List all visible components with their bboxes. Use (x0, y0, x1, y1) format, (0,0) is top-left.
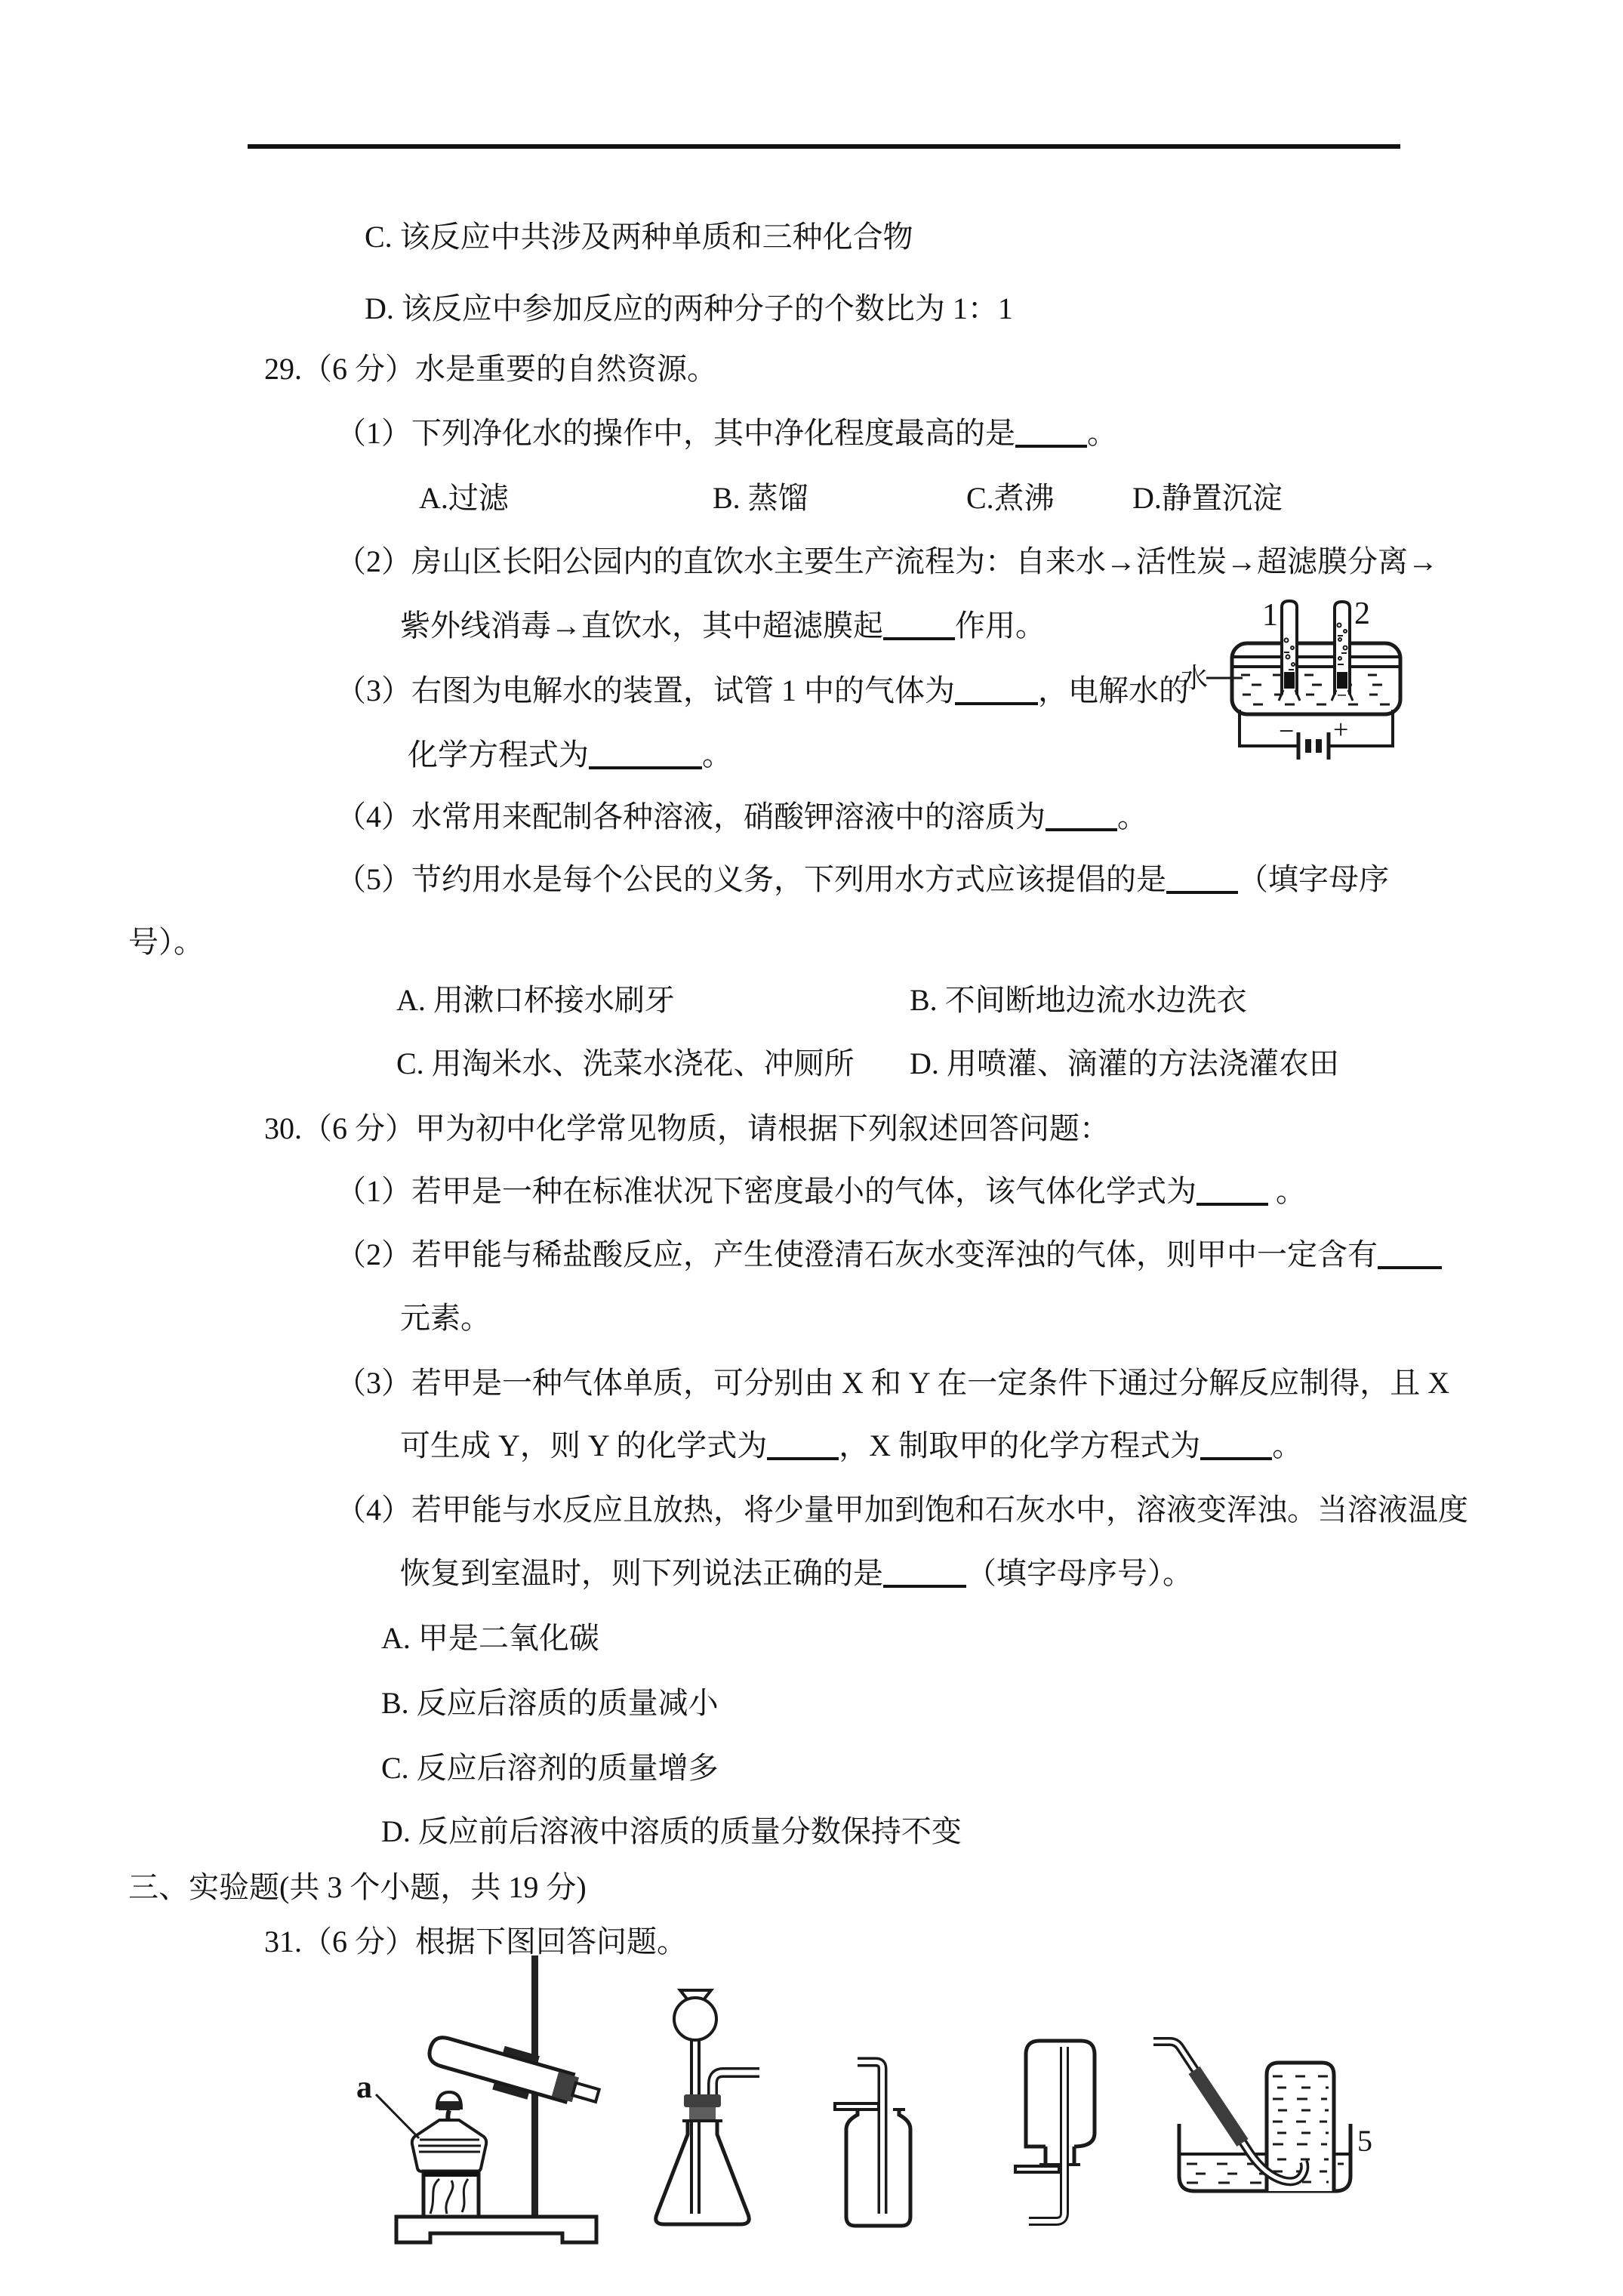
q29-item1-option-d: D.静置沉淀 (1132, 480, 1283, 516)
q30-item2-line2: 元素。 (400, 1300, 491, 1336)
answer-blank[interactable] (1200, 1432, 1272, 1460)
glass-plate-2 (1015, 2166, 1059, 2172)
section3-heading: 三、实验题(共 3 个小题，共 19 分) (128, 1869, 587, 1906)
battery-minus-label: − (1279, 716, 1294, 746)
q29-item2-line2: 紫外线消毒→直饮水，其中超滤膜起作用。 (400, 608, 1046, 644)
answer-blank[interactable] (1378, 1240, 1442, 1269)
q30-option-d: D. 反应前后溶液中溶质的质量分数保持不变 (381, 1814, 962, 1850)
q29-item3-line2: 化学方程式为。 (408, 737, 732, 773)
battery-icon (1240, 710, 1393, 760)
q30-option-b: B. 反应后溶质的质量减小 (381, 1685, 719, 1721)
q30-item2-line1: （2）若甲能与稀盐酸反应，产生使澄清石灰水变浑浊的气体，则甲中一定含有 (336, 1237, 1442, 1273)
q29-item5-line2: 号）。 (128, 924, 204, 960)
test-tube-2 (1332, 602, 1353, 701)
conical-flask (656, 2121, 750, 2224)
q29-item1-option-b: B. 蒸馏 (713, 480, 808, 516)
q29-item5-option-c: C. 用淘米水、洗菜水浇花、冲厕所 (396, 1046, 855, 1082)
q29-item5-option-b: B. 不间断地边流水边洗衣 (910, 982, 1247, 1019)
q29-item1-option-c: C.煮沸 (966, 480, 1055, 516)
tube1-label: 1 (1262, 598, 1278, 633)
q29-item5-option-a: A. 用漱口杯接水刷牙 (396, 982, 675, 1019)
q30-stem: 30.（6 分）甲为初中化学常见物质，请根据下列叙述回答问题： (264, 1111, 1110, 1147)
option-c-prev: C. 该反应中共涉及两种单质和三种化合物 (365, 219, 913, 255)
q30-item4-line2: 恢复到室温时，则下列说法正确的是（填字母序号）。 (400, 1555, 1193, 1592)
answer-blank[interactable] (589, 741, 702, 769)
inner-tube (1029, 2047, 1064, 2221)
electrolysis-diagram: − + 1 2 水 (1178, 589, 1510, 763)
q30-item1: （1）若甲是一种在标准状况下密度最小的气体，该气体化学式为 。 (336, 1173, 1306, 1210)
test-tube-1 (1279, 601, 1300, 701)
label-a-leader (376, 2094, 419, 2138)
water-label: 水 (1181, 663, 1208, 693)
flask-stopper (684, 2094, 721, 2121)
bent-tube (858, 2062, 882, 2214)
answer-blank[interactable] (883, 612, 955, 640)
answer-blank[interactable] (1046, 803, 1117, 831)
q30-item4-line1: （4）若甲能与水反应且放热，将少量甲加到饱和石灰水中，溶液变浑浊。当溶液温度 (336, 1492, 1468, 1528)
page-number: 5 (1357, 2123, 1372, 2159)
alcohol-lamp (412, 2092, 486, 2171)
q29-item2-line1: （2）房山区长阳公园内的直饮水主要生产流程为：自来水→活性炭→超滤膜分离→ (336, 544, 1438, 580)
q29-stem: 29.（6 分）水是重要的自然资源。 (264, 351, 717, 387)
label-a: a (356, 2070, 372, 2105)
q30-option-c: C. 反应后溶剂的质量增多 (381, 1750, 719, 1786)
exam-page: C. 该反应中共涉及两种单质和三种化合物 D. 该反应中参加反应的两种分子的个数… (0, 0, 1623, 2296)
water-dashes (1241, 675, 1395, 704)
rubber-tubing (1194, 2070, 1243, 2143)
q29-item3-line1: （3）右图为电解水的装置，试管 1 中的气体为，电解水的 (336, 673, 1189, 709)
battery-plus-label: + (1333, 714, 1348, 744)
q29-item1: （1）下列净化水的操作中，其中净化程度最高的是。 (336, 415, 1117, 451)
answer-blank[interactable] (955, 676, 1038, 705)
option-d-prev: D. 该反应中参加反应的两种分子的个数比为 1：1 (365, 291, 1013, 327)
answer-blank[interactable] (1166, 865, 1238, 894)
tube2-label: 2 (1354, 596, 1370, 631)
q29-item4: （4）水常用来配制各种溶液，硝酸钾溶液中的溶质为。 (336, 799, 1147, 835)
q30-item3-line1: （3）若甲是一种气体单质，可分别由 X 和 Y 在一定条件下通过分解反应制得，且… (336, 1365, 1449, 1401)
q30-option-a: A. 甲是二氧化碳 (381, 1620, 599, 1657)
answer-blank[interactable] (1196, 1177, 1268, 1206)
delivery-tube (713, 2073, 759, 2097)
q29-item1-option-a: A.过滤 (419, 480, 509, 516)
answer-blank[interactable] (767, 1432, 839, 1460)
delivery-nub (572, 2083, 599, 2102)
answer-blank[interactable] (1015, 419, 1087, 448)
q30-item3-line2: 可生成 Y，则 Y 的化学式为，X 制取甲的化学方程式为。 (400, 1428, 1302, 1464)
q29-item5-line1: （5）节约用水是每个公民的义务，下列用水方式应该提倡的是（填字母序 (336, 861, 1389, 898)
wood-block (423, 2171, 479, 2217)
header-rule (248, 144, 1400, 149)
apparatus-diagram: a (347, 1948, 1464, 2265)
q29-item5-option-d: D. 用喷灌、滴灌的方法浇灌农田 (910, 1046, 1339, 1082)
answer-blank[interactable] (883, 1559, 966, 1588)
